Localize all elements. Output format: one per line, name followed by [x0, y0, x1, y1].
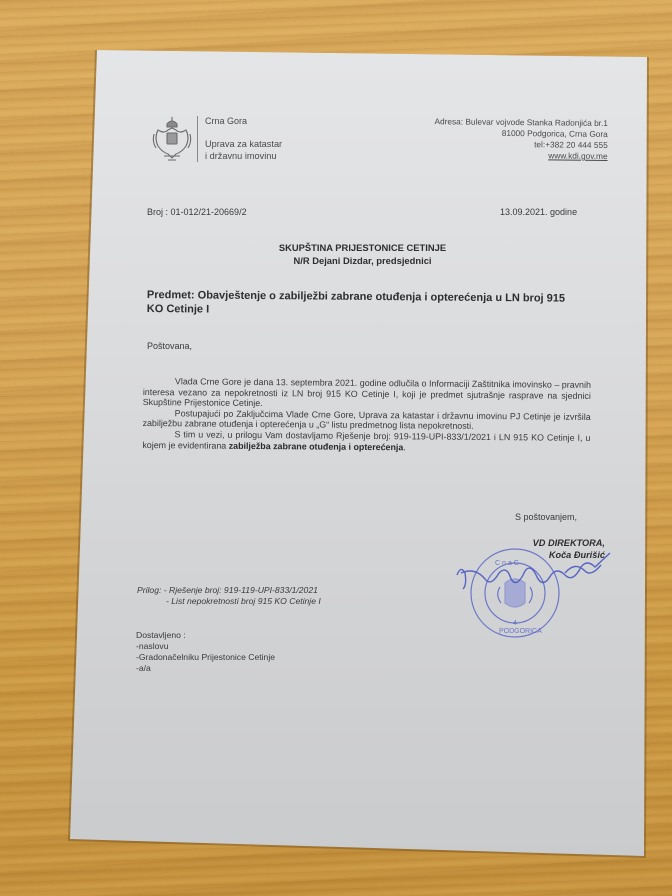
- stamp-number: 4: [513, 620, 517, 627]
- body-paragraph: Vlada Crne Gore je dana 13. septembra 20…: [143, 376, 591, 412]
- attachment-item: - List nepokretnosti broj 915 KO Cetinje…: [137, 596, 321, 607]
- official-stamp-icon: C n a G PODGORICA 4: [455, 545, 625, 645]
- website-link[interactable]: www.kdi.gov.me: [408, 149, 608, 162]
- recipient-person: N/R Dejani Dizdar, predsjednici: [230, 254, 495, 267]
- header-divider: [197, 116, 198, 162]
- institution-name: Uprava za katastar i državnu imovinu: [205, 138, 325, 162]
- stamp-city: PODGORICA: [499, 628, 542, 635]
- country-name: Crna Gora: [205, 116, 247, 127]
- body-paragraph: S tim u vezi, u prilogu Vam dostavljamo …: [142, 429, 590, 454]
- letter-body: Vlada Crne Gore je dana 13. septembra 20…: [142, 376, 591, 454]
- stamp-letters: C n a G: [495, 560, 519, 567]
- attachments-label: Prilog:: [137, 585, 161, 595]
- attachments-block: Prilog: - Rješenje broj: 919-119-UPI-833…: [137, 585, 321, 607]
- distribution-item: -naslovu: [136, 641, 275, 652]
- document-date: 13.09.2021. godine: [500, 207, 577, 218]
- recipient-block: SKUPŠTINA PRIJESTONICE CETINJE N/R Dejan…: [230, 241, 495, 267]
- montenegro-coat-of-arms-icon: [150, 116, 194, 162]
- greeting: Poštovana,: [147, 341, 192, 352]
- recipient-organization: SKUPŠTINA PRIJESTONICE CETINJE: [230, 241, 495, 254]
- sender-address: Adresa: Bulevar vojvode Stanka Radonjića…: [408, 116, 608, 162]
- distribution-item: -a/a: [136, 663, 275, 674]
- distribution-item: -Gradonačelniku Prijestonice Cetinje: [136, 652, 275, 663]
- distribution-label: Dostavljeno :: [136, 630, 275, 641]
- distribution-list: Dostavljeno : -naslovu -Gradonačelniku P…: [136, 630, 275, 674]
- reference-number: Broj : 01-012/21-20669/2: [147, 207, 247, 218]
- subject-line: Predmet: Obavještenje o zabilježbi zabra…: [147, 288, 565, 320]
- attachment-item: - Rješenje broj: 919-119-UPI-833/1/2021: [164, 585, 318, 595]
- closing-salutation: S poštovanjem,: [515, 512, 577, 523]
